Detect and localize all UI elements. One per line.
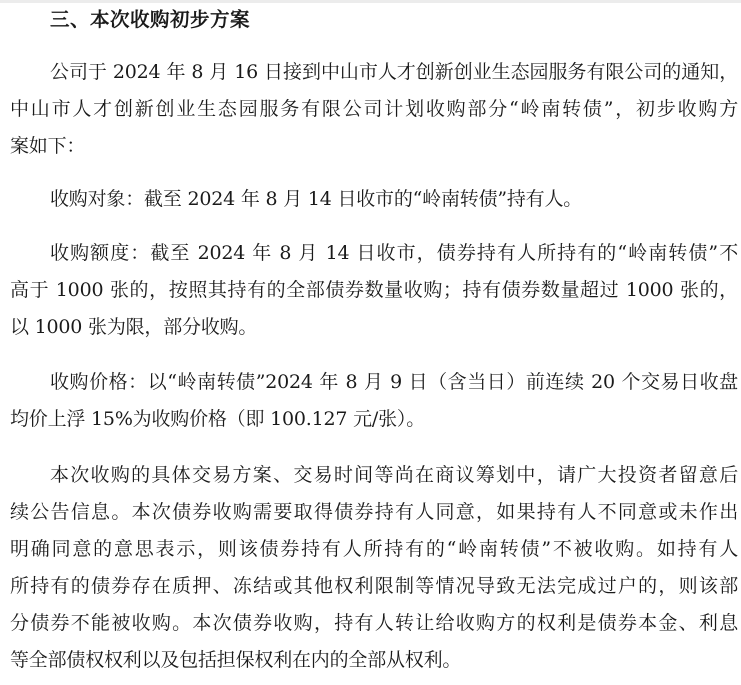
transaction-details-paragraph: 本次收购的具体交易方案、交易时间等尚在商议筹划中，请广大投资者留意后 续公告信息… [10,457,738,679]
paragraph-line: 公司于 2024 年 8 月 16 日接到中山市人才创新创业生态园服务有限公司的… [10,54,738,91]
paragraph-line: 本次收购的具体交易方案、交易时间等尚在商议筹划中，请广大投资者留意后 [10,457,738,494]
acquisition-price-paragraph: 收购价格：以“岭南转债”2024 年 8 月 9 日（含当日）前连续 20 个交… [10,364,738,438]
acquisition-target-paragraph: 收购对象：截至 2024 年 8 月 14 日收市的“岭南转债”持有人。 [10,181,738,218]
paragraph-line: 所持有的债券存在质押、冻结或其他权利限制等情况导致无法完成过户的，则该部 [10,568,738,605]
paragraph-line: 分债券不能被收购。本次债券收购，持有人转让给收购方的权利是债券本金、利息 [10,605,738,642]
paragraph-line: 案如下： [10,128,738,165]
paragraph-line: 等全部债权权利以及包括担保权利在内的全部从权利。 [10,642,738,679]
top-divider [0,0,741,3]
section-heading: 三、本次收购初步方案 [50,6,250,34]
paragraph-line: 中山市人才创新创业生态园服务有限公司计划收购部分“岭南转债”，初步收购方 [10,91,738,128]
paragraph-line: 收购对象：截至 2024 年 8 月 14 日收市的“岭南转债”持有人。 [10,181,738,218]
paragraph-line: 收购价格：以“岭南转债”2024 年 8 月 9 日（含当日）前连续 20 个交… [10,364,738,401]
paragraph-line: 高于 1000 张的，按照其持有的全部债券数量收购；持有债券数量超过 1000 … [10,272,738,309]
paragraph-line: 均价上浮 15%为收购价格（即 100.127 元/张）。 [10,401,738,438]
paragraph-line: 收购额度：截至 2024 年 8 月 14 日收市，债券持有人所持有的“岭南转债… [10,235,738,272]
paragraph-line: 以 1000 张为限，部分收购。 [10,309,738,346]
paragraph-line: 续公告信息。本次债券收购需要取得债券持有人同意，如果持有人不同意或未作出 [10,494,738,531]
acquisition-amount-paragraph: 收购额度：截至 2024 年 8 月 14 日收市，债券持有人所持有的“岭南转债… [10,235,738,346]
paragraph-line: 明确同意的意思表示，则该债券持有人所持有的“岭南转债”不被收购。如持有人 [10,531,738,568]
notice-paragraph: 公司于 2024 年 8 月 16 日接到中山市人才创新创业生态园服务有限公司的… [10,54,738,165]
